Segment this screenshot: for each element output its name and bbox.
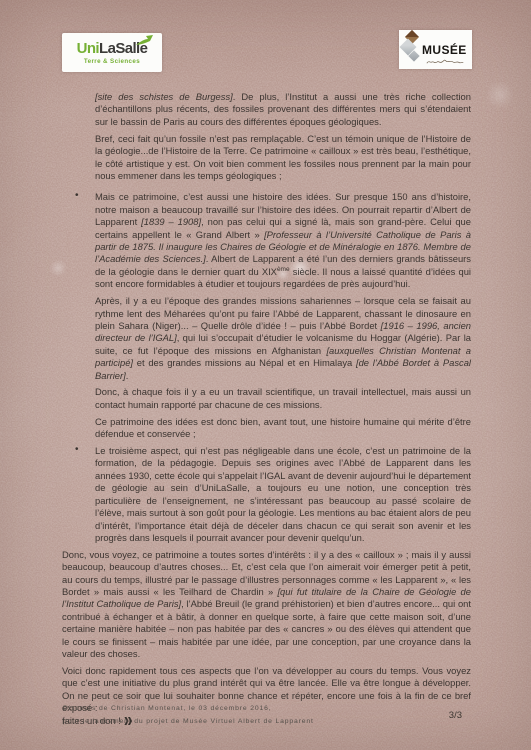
footer: Discours de Christian Montenat, le 03 dé… <box>63 702 462 728</box>
paragraph: Ce patrimoine des idées est donc bien, a… <box>95 416 471 441</box>
paragraph: [site des schistes de Burgess]. De plus,… <box>95 91 471 128</box>
paragraph: Bref, ceci fait qu’un fossile n’est pas … <box>95 133 471 183</box>
unilasalle-logo-tagline: Terre & Sciences <box>62 58 162 65</box>
signature-scribble-icon <box>426 57 464 66</box>
speech-text: [site des schistes de Burgess]. De plus,… <box>62 91 471 732</box>
footer-line-2: pour le lancement du projet de Musée Vir… <box>63 715 462 728</box>
paragraph: Donc, vous voyez, ce patrimoine a toutes… <box>62 549 471 661</box>
bullet-marker: • <box>75 444 79 456</box>
unilasalle-logo-uni: Uni <box>77 40 99 57</box>
bullet-paragraph: •Le troisième aspect, qui n’est pas négl… <box>95 445 471 544</box>
paragraph: Après, il y a eu l’époque des grandes mi… <box>95 295 471 382</box>
bird-icon <box>136 35 153 46</box>
bullet-paragraph: •Mais ce patrimoine, c’est aussi une his… <box>95 191 471 290</box>
paragraph: Donc, à chaque fois il y a eu un travail… <box>95 386 471 411</box>
musee-logo-title: MUSÉE <box>422 43 467 57</box>
musee-logo: MUSÉE <box>399 30 472 69</box>
bullet-marker: • <box>75 190 79 202</box>
footer-line-1: Discours de Christian Montenat, le 03 dé… <box>63 702 462 715</box>
page-number: 3/3 <box>449 709 462 722</box>
unilasalle-logo: UniLaSalle Terre & Sciences <box>62 33 162 72</box>
